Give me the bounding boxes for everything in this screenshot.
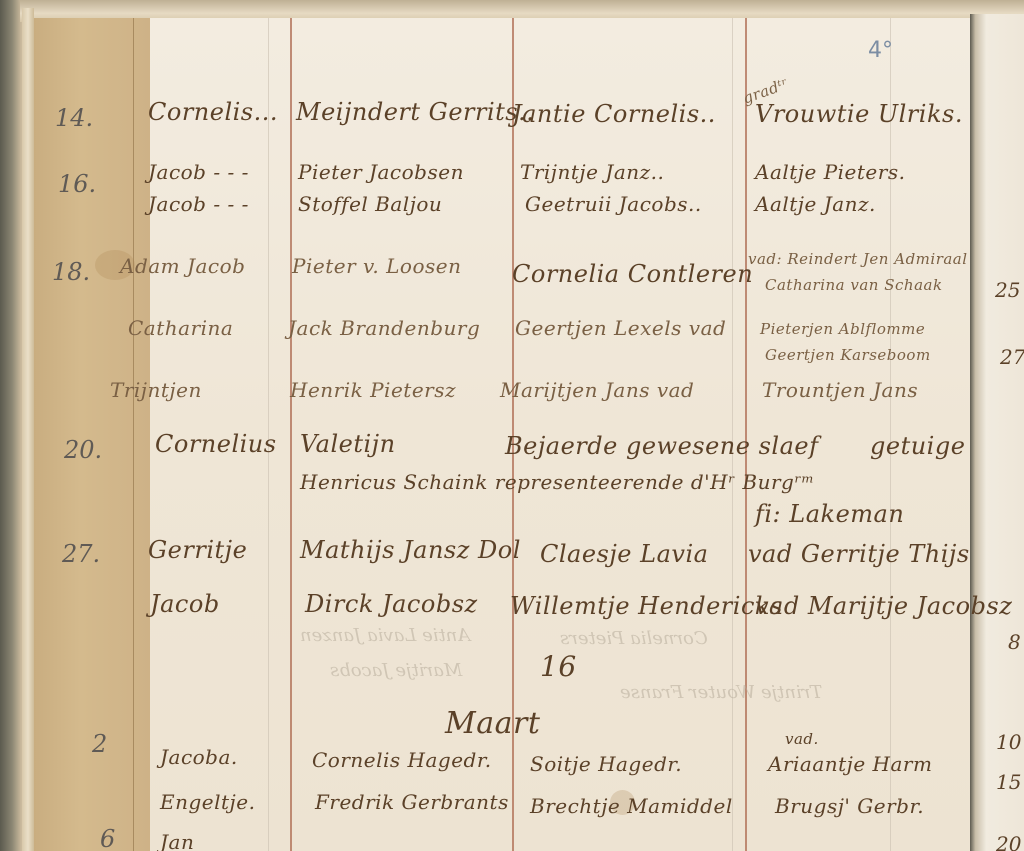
entry-day: 14.	[55, 104, 93, 132]
entry-day: 16.	[58, 170, 96, 198]
entry-mother: Cornelia Contleren	[512, 260, 753, 288]
bleed-through-text: Maritje Jacobs	[330, 660, 462, 681]
entry-witness: Ariaantje Harm	[768, 752, 932, 776]
folio-number: 4°	[868, 38, 893, 63]
entry-witness: Aaltje Pieters.	[755, 160, 905, 184]
facing-page-number: 15	[996, 770, 1021, 794]
entry-mother: Geertjen Lexels vad	[515, 316, 726, 340]
entry-father: Valetijn	[300, 430, 396, 458]
entry-father: Pieter v. Loosen	[292, 254, 461, 278]
entry-child: Adam Jacob	[120, 254, 245, 278]
entry-mother: Marijtjen Jans vad	[500, 378, 694, 402]
bleed-through-text: Antie Lavia Janzen	[300, 625, 470, 646]
entry-note-line-3: fi: Lakeman	[755, 500, 904, 528]
entry-witness: Aaltje Janz.	[755, 192, 876, 216]
entry-child: Jacoba.	[160, 745, 238, 769]
entry-mother: Jantie Cornelis..	[512, 100, 716, 128]
page-edge	[22, 8, 34, 851]
facing-page-number: 10	[996, 730, 1021, 754]
entry-child: Cornelis...	[148, 98, 278, 126]
entry-child: Jacob - - -	[148, 160, 249, 184]
entry-witness-prefix: vad.	[785, 730, 819, 748]
entry-father: Dirck Jacobsz	[305, 590, 478, 618]
entry-father: Mathijs Jansz Dol	[300, 536, 521, 564]
entry-note-line-2: Henricus Schaink representeerende d'Hʳ B…	[300, 470, 815, 494]
entry-mother: Claesje Lavia	[540, 540, 708, 568]
entry-father: Cornelis Hagedr.	[312, 748, 492, 772]
entry-child: Engeltje.	[160, 790, 255, 814]
facing-page-number: 27	[1000, 345, 1024, 369]
entry-witness: vad Gerritje Thijs	[748, 540, 970, 568]
entry-father: Henrik Pietersz	[290, 378, 456, 402]
entry-witness-2: Geertjen Karseboom	[765, 346, 931, 364]
entry-witness: Trountjen Jans	[762, 378, 918, 402]
entry-witness: Pieterjen Ablflomme	[760, 320, 925, 338]
entry-day: 2	[92, 730, 107, 758]
month-heading: Maart	[445, 706, 540, 741]
column-rule-father	[290, 18, 292, 851]
entry-witness: Brugsj' Gerbr.	[775, 794, 924, 818]
entry-mother: Willemtje Hendericks	[510, 592, 783, 620]
entry-child: Cornelius	[155, 430, 277, 458]
entry-mother-line: Bejaerde gewesene slaef	[505, 432, 818, 460]
paper-margin-strip	[34, 18, 150, 851]
facing-page	[970, 14, 1024, 851]
entry-child: Gerritje	[148, 536, 247, 564]
entry-witness-label: getuige	[870, 432, 965, 460]
entry-witness-2: Catharina van Schaak	[765, 276, 943, 294]
entry-father: Stoffel Baljou	[298, 192, 442, 216]
entry-child: Catharina	[128, 316, 233, 340]
entry-father: Meijndert Gerrits..	[296, 98, 534, 126]
entry-father: Jack Brandenburg	[288, 316, 480, 340]
entry-child: Jacob - - -	[148, 192, 249, 216]
entry-witness: vad Marijtje Jacobsz	[755, 592, 1012, 620]
entry-father: Pieter Jacobsen	[298, 160, 464, 184]
entry-child: Jan	[160, 830, 194, 851]
entry-day: 6	[100, 825, 115, 851]
entry-day: 27.	[62, 540, 100, 568]
entry-father: Fredrik Gerbrants	[315, 790, 509, 814]
entry-child: Trijntjen	[110, 378, 202, 402]
entry-day: 18.	[52, 258, 90, 286]
facing-page-number: 8	[1008, 630, 1021, 654]
year-fragment: 16	[540, 650, 577, 683]
entry-mother: Soitje Hagedr.	[530, 752, 682, 776]
entry-witness: Vrouwtie Ulriks.	[755, 100, 963, 128]
bleed-through-text: Cornelia Pieters	[560, 628, 708, 649]
entry-mother: Trijntje Janz..	[520, 160, 664, 184]
entry-mother: Brechtje Mamiddel	[530, 794, 733, 818]
facing-page-number: 25	[995, 278, 1020, 302]
entry-witness: vad: Reindert Jen Admiraal	[748, 250, 968, 268]
entry-day: 20.	[64, 436, 102, 464]
entry-child: Jacob	[150, 590, 220, 618]
facing-page-number: 20	[996, 832, 1021, 851]
entry-mother: Geetruii Jacobs..	[525, 192, 702, 216]
bleed-through-text: Trintje Wouter Franse	[620, 682, 822, 703]
